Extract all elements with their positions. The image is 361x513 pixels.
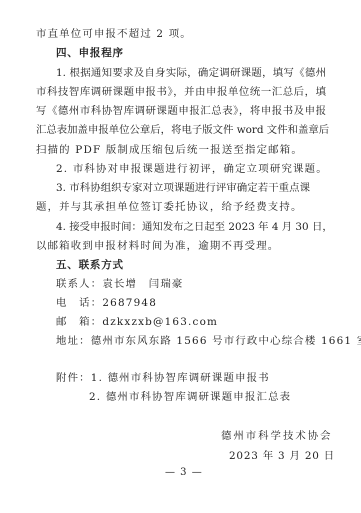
paragraph-line: 写《德州市科协智库调研课题申报汇总表》，将申报书及申报 [36,104,326,118]
paragraph-line: 扫描的 PDF 版制成压缩包后统一报送至指定邮箱。 [36,143,326,157]
section-heading-procedure: 四、申报程序 [56,46,124,60]
paragraph-line: 汇总表加盖申报单位公章后，将电子版文件 word 文件和盖章后 [36,123,326,137]
paragraph-line: 以邮箱收到申报材料时间为准，逾期不再受理。 [36,239,326,253]
contact-person: 联系人：袁长增 闫瑞豪 [56,277,184,291]
contact-address: 地址：德州市东风东路 1566 号市行政中心综合楼 1661 室 [56,334,361,348]
paragraph-line: 2. 市科协对申报课题进行初评，确定立项研究课题。 [56,162,328,176]
page-number: — 3 — [165,466,203,480]
paragraph-line: 3. 市科协组织专家对立项课题进行评审确定若干重点课 [56,181,310,195]
paragraph-line: 4. 接受申报时间：通知发布之日起至 2023 年 4 月 30 日， [56,220,326,234]
contact-email: 邮 箱：dzkxzxb@163.com [56,315,218,329]
paragraph-line: 市科技智库调研课题申报书》，并由申报单位统一汇总后，填 [36,85,326,99]
attachment-2: 2. 德州市科协智库调研课题申报汇总表 [89,390,291,404]
issue-date: 2023 年 3 月 20 日 [229,449,335,463]
section-heading-contact: 五、联系方式 [56,258,124,272]
paragraph-line: 1. 根据通知要求及自身实际，确定调研课题，填写《德州 [56,66,326,80]
issuing-organization: 德州市科学技术协会 [221,429,333,443]
contact-phone: 电 话：2687948 [56,296,157,310]
paragraph-line: 题，并与其承担单位签订委托协议，给予经费支持。 [36,200,326,214]
paragraph-line: 市直单位可申报不超过 2 项。 [36,27,326,41]
attachment-1: 附件：1. 德州市科协智库调研课题申报书 [56,371,270,385]
